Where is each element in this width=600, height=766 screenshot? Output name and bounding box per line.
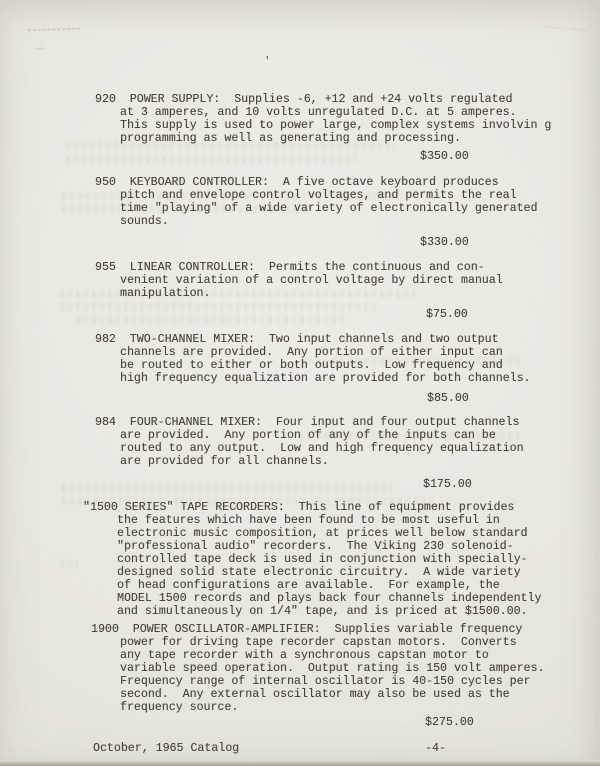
catalog-item-984: 984 FOUR-CHANNEL MIXER: Four input and f… xyxy=(0,416,600,468)
text-line: This supply is used to power large, comp… xyxy=(120,119,600,132)
catalog-item-1500-series: "1500 SERIES" TAPE RECORDERS: This line … xyxy=(0,501,600,618)
text-line: variable speed operation. Output rating … xyxy=(120,662,600,675)
text-line: channels are provided. Any portion of ei… xyxy=(120,346,600,359)
catalog-item-950: 950 KEYBOARD CONTROLLER: A five octave k… xyxy=(0,176,600,228)
text-line: be routed to either or both outputs. Low… xyxy=(120,359,600,372)
pencil-smudge xyxy=(36,48,45,49)
catalog-date: October, 1965 Catalog xyxy=(93,742,239,755)
catalog-item-920: 920 POWER SUPPLY: Supplies -6, +12 and +… xyxy=(0,93,600,145)
item-price: $275.00 xyxy=(425,716,474,729)
pencil-smudge xyxy=(543,26,589,30)
text-line: and simultaneously on 1/4" tape, and is … xyxy=(117,605,600,618)
item-description: 950 KEYBOARD CONTROLLER: A five octave k… xyxy=(95,176,600,228)
text-line: programming as well as generating and pr… xyxy=(120,132,600,145)
text-line: venient variation of a control voltage b… xyxy=(120,274,600,287)
text-line: frequency source. xyxy=(120,701,600,714)
text-line: 955 LINEAR CONTROLLER: Permits the conti… xyxy=(95,261,600,274)
text-line: "professional audio" recorders. The Viki… xyxy=(117,540,600,553)
text-line: time "playing" of a wide variety of elec… xyxy=(120,202,600,215)
stray-typed-mark: ' xyxy=(264,56,271,69)
bleed-through-ghost-text xyxy=(66,155,356,163)
text-line: 920 POWER SUPPLY: Supplies -6, +12 and +… xyxy=(95,93,600,106)
text-line: electronic music composition, at prices … xyxy=(117,527,600,540)
text-line: routed to any output. Low and high frequ… xyxy=(120,442,600,455)
scan-edge xyxy=(0,760,600,766)
text-line: pitch and envelope control voltages, and… xyxy=(120,189,600,202)
text-line: any tape recorder with a synchronous cap… xyxy=(120,649,600,662)
pencil-smudge xyxy=(28,28,80,31)
catalog-item-1900: 1900 POWER OSCILLATOR-AMPLIFIER: Supplie… xyxy=(0,623,600,714)
text-line: controlled tape deck is used in conjunct… xyxy=(117,553,600,566)
text-line: are provided for all channels. xyxy=(120,455,600,468)
text-line: the features which have been found to be… xyxy=(117,514,600,527)
item-price: $330.00 xyxy=(420,236,469,249)
text-line: power for driving tape recorder capstan … xyxy=(120,636,600,649)
text-line: are provided. Any portion of any of the … xyxy=(120,429,600,442)
text-line: of head configurations are available. Fo… xyxy=(117,579,600,592)
catalog-item-982: 982 TWO-CHANNEL MIXER: Two input channel… xyxy=(0,333,600,385)
scanned-catalog-page: ' 920 POWER SUPPLY: Supplies -6, +12 and… xyxy=(0,0,600,766)
catalog-item-955: 955 LINEAR CONTROLLER: Permits the conti… xyxy=(0,261,600,300)
text-line: designed solid state electronic circuitr… xyxy=(117,566,600,579)
bleed-through-ghost-text xyxy=(60,303,380,311)
text-line: manipulation. xyxy=(120,287,600,300)
text-line: at 3 amperes, and 10 volts unregulated D… xyxy=(120,106,600,119)
text-line: Frequency range of internal oscillator i… xyxy=(120,675,600,688)
item-description: 982 TWO-CHANNEL MIXER: Two input channel… xyxy=(95,333,600,385)
item-price: $350.00 xyxy=(420,150,469,163)
bleed-through-ghost-text xyxy=(62,484,392,492)
page-footer: October, 1965 Catalog -4- xyxy=(0,742,600,758)
text-line: 984 FOUR-CHANNEL MIXER: Four input and f… xyxy=(95,416,600,429)
bleed-through-ghost-text xyxy=(76,316,346,324)
text-line: 950 KEYBOARD CONTROLLER: A five octave k… xyxy=(95,176,600,189)
text-line: 1900 POWER OSCILLATOR-AMPLIFIER: Supplie… xyxy=(91,623,600,636)
item-description: 984 FOUR-CHANNEL MIXER: Four input and f… xyxy=(95,416,600,468)
page-number: -4- xyxy=(425,742,446,755)
text-line: 982 TWO-CHANNEL MIXER: Two input channel… xyxy=(95,333,600,346)
item-description: 1900 POWER OSCILLATOR-AMPLIFIER: Supplie… xyxy=(91,623,600,714)
item-description: 920 POWER SUPPLY: Supplies -6, +12 and +… xyxy=(95,93,600,145)
item-price: $75.00 xyxy=(426,308,468,321)
item-description: "1500 SERIES" TAPE RECORDERS: This line … xyxy=(83,501,600,618)
item-description: 955 LINEAR CONTROLLER: Permits the conti… xyxy=(95,261,600,300)
item-price: $85.00 xyxy=(427,392,469,405)
text-line: sounds. xyxy=(120,215,600,228)
text-line: second. Any external oscillator may also… xyxy=(120,688,600,701)
text-line: high frequency equalization are provided… xyxy=(120,372,600,385)
text-line: "1500 SERIES" TAPE RECORDERS: This line … xyxy=(83,501,600,514)
text-line: MODEL 1500 records and plays back four c… xyxy=(117,592,600,605)
item-price: $175.00 xyxy=(423,478,472,491)
